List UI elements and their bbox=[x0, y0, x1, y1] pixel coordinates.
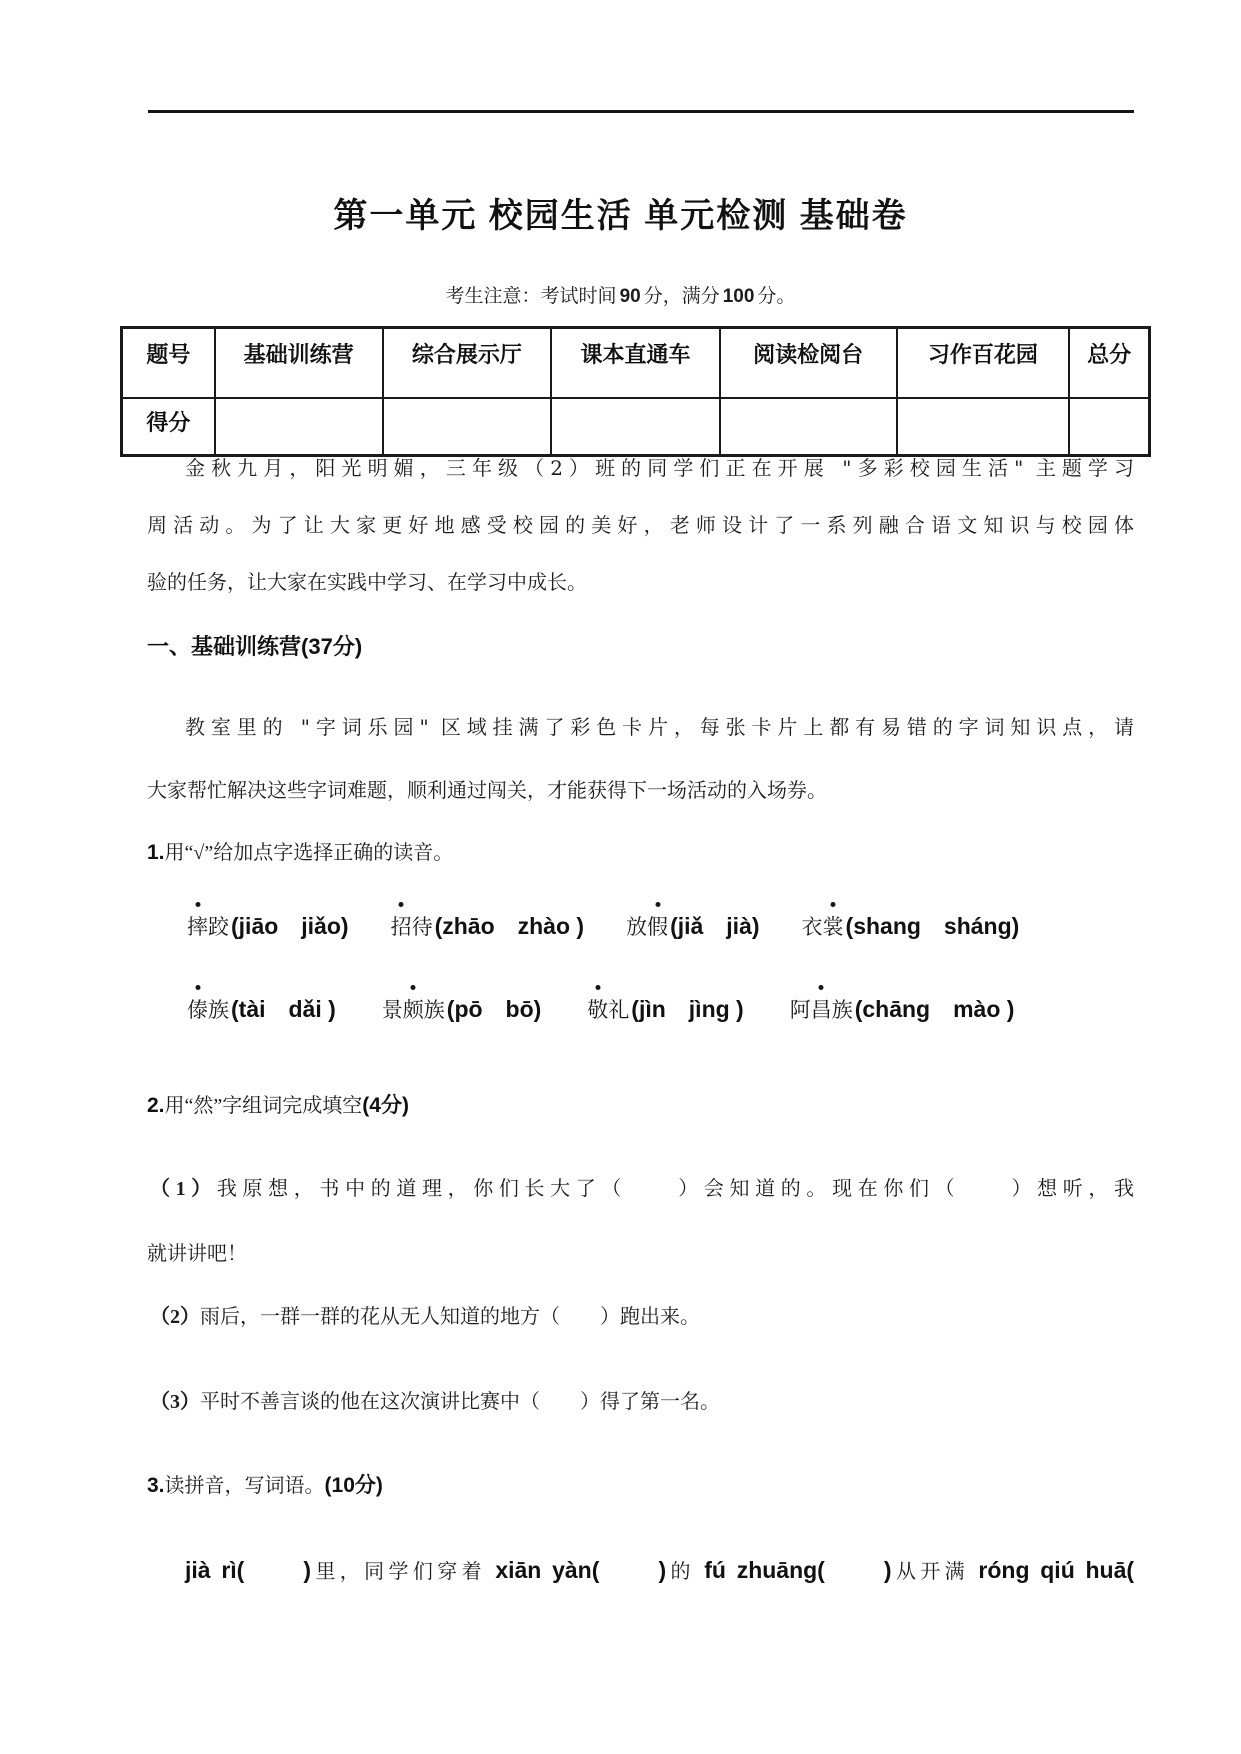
score-table-header-row: 题号 基础训练营 综合展示厅 课本直通车 阅读检阅台 习作百花园 总分 bbox=[122, 328, 1150, 399]
intro-line: 验的任务，让大家在实践中学习、在学习中成长。 bbox=[147, 569, 587, 596]
exam-duration: 90 bbox=[620, 286, 641, 307]
pinyin-item: 敬礼(jìn jìng ) bbox=[587, 991, 743, 1024]
question-3-text: 读拼音，写词语。 bbox=[165, 1475, 325, 1497]
notice-text: 分。 bbox=[757, 286, 795, 307]
word-char: 礼 bbox=[608, 994, 629, 1024]
pinyin-blank: xiān yàn( ) bbox=[495, 1557, 666, 1583]
question-3-score: (10分) bbox=[325, 1474, 383, 1497]
question-2-score: (4分) bbox=[362, 1094, 409, 1117]
pinyin-choices: (pō bō) bbox=[447, 996, 542, 1022]
word-char: 族 bbox=[832, 994, 853, 1024]
word-char: 跤 bbox=[208, 911, 229, 941]
score-table: 题号 基础训练营 综合展示厅 课本直通车 阅读检阅台 习作百花园 总分 得分 bbox=[120, 326, 1151, 457]
dotted-char: 裳 bbox=[823, 911, 844, 941]
sub-question-2: （2）雨后，一群一群的花从无人知道的地方（ ）跑出来。 bbox=[150, 1304, 700, 1331]
score-table-score-row: 得分 bbox=[122, 398, 1150, 456]
pinyin-choice-row-1: 摔跤(jiāo jiǎo) 招待(zhāo zhào ) 放假(jiǎ jià)… bbox=[187, 908, 1019, 941]
sub-question-1-text: 我原想，书中的道理，你们长大了（ ）会知道的。现在你们（ ）想听，我 bbox=[217, 1178, 1134, 1200]
sub-question-2-text: 雨后，一群一群的花从无人知道的地方（ ）跑出来。 bbox=[200, 1306, 700, 1328]
section-1-heading: 一、基础训练营(37分) bbox=[147, 630, 362, 661]
pinyin-write-words-sentence: jià rì( )里，同学们穿着 xiān yàn( )的 fú zhuāng(… bbox=[185, 1552, 1134, 1585]
exam-paper-page: 第一单元 校园生活 单元检测 基础卷 考生注意：考试时间90分，满分100分。 … bbox=[0, 0, 1241, 1754]
question-2-number: 2. bbox=[147, 1094, 165, 1117]
score-cell-empty bbox=[720, 398, 897, 456]
pinyin-choices: (shang sháng) bbox=[846, 913, 1020, 939]
sub-question-3-number: （3） bbox=[150, 1391, 200, 1413]
pinyin-blank: jià rì( ) bbox=[185, 1557, 311, 1583]
pinyin-item: 傣族(tài dǎi ) bbox=[187, 991, 336, 1024]
pinyin-choices: (jìn jìng ) bbox=[631, 996, 743, 1022]
word-char: 族 bbox=[208, 994, 229, 1024]
dotted-char: 摔 bbox=[187, 911, 208, 941]
sentence-text: 里，同学们穿着 bbox=[311, 1561, 495, 1583]
pinyin-blank: fú zhuāng( ) bbox=[704, 1557, 891, 1583]
pinyin-item: 阿昌族(chāng mào ) bbox=[790, 991, 1015, 1024]
pinyin-blank: róng qiú huā( bbox=[978, 1557, 1134, 1583]
word-char: 待 bbox=[412, 911, 433, 941]
table-header-cell: 习作百花园 bbox=[897, 328, 1070, 399]
pinyin-item: 招待(zhāo zhào ) bbox=[391, 908, 585, 941]
question-1-number: 1. bbox=[147, 841, 165, 864]
section-1-intro-line: 大家帮忙解决这些字词难题，顺利通过闯关，才能获得下一场活动的入场券。 bbox=[147, 777, 827, 804]
dotted-char: 颇 bbox=[403, 994, 424, 1024]
sub-question-2-number: （2） bbox=[150, 1306, 200, 1328]
pinyin-item: 放假(jiǎ jià) bbox=[626, 908, 759, 941]
score-row-label: 得分 bbox=[122, 398, 215, 456]
pinyin-item: 摔跤(jiāo jiǎo) bbox=[187, 908, 349, 941]
score-cell-empty bbox=[1069, 398, 1149, 456]
table-header-cell: 综合展示厅 bbox=[383, 328, 552, 399]
dotted-char: 傣 bbox=[187, 994, 208, 1024]
table-header-cell: 课本直通车 bbox=[551, 328, 720, 399]
table-header-cell: 基础训练营 bbox=[215, 328, 383, 399]
section-1-score: (37分) bbox=[301, 634, 362, 659]
question-3-stem: 3.读拼音，写词语。(10分) bbox=[147, 1472, 383, 1500]
sub-question-1: （1）我原想，书中的道理，你们长大了（ ）会知道的。现在你们（ ）想听，我 bbox=[150, 1176, 1134, 1203]
pinyin-choices: (tài dǎi ) bbox=[231, 996, 336, 1022]
word-char: 阿 bbox=[790, 994, 811, 1024]
question-1-stem: 1.用“√”给加点字选择正确的读音。 bbox=[147, 839, 453, 867]
page-title: 第一单元 校园生活 单元检测 基础卷 bbox=[0, 188, 1241, 237]
table-header-cell: 阅读检阅台 bbox=[720, 328, 897, 399]
word-char: 放 bbox=[626, 911, 647, 941]
notice-text: 分，满分 bbox=[644, 286, 720, 307]
dotted-char: 招 bbox=[391, 911, 412, 941]
full-score: 100 bbox=[723, 286, 755, 307]
score-cell-empty bbox=[551, 398, 720, 456]
exam-notice: 考生注意：考试时间90分，满分100分。 bbox=[0, 281, 1241, 308]
pinyin-choices: (jiǎ jià) bbox=[670, 913, 759, 939]
pinyin-choices: (chāng mào ) bbox=[855, 996, 1015, 1022]
intro-line: 金秋九月，阳光明媚，三年级（2）班的同学们正在开展 "多彩校园生活" 主题学习 bbox=[185, 455, 1134, 482]
word-char: 衣 bbox=[802, 911, 823, 941]
table-header-cell: 总分 bbox=[1069, 328, 1149, 399]
dotted-char: 昌 bbox=[811, 994, 832, 1024]
pinyin-item: 衣裳(shang sháng) bbox=[802, 908, 1020, 941]
table-header-cell: 题号 bbox=[122, 328, 215, 399]
word-char: 景 bbox=[382, 994, 403, 1024]
header-rule bbox=[148, 110, 1134, 113]
dotted-char: 敬 bbox=[587, 994, 608, 1024]
question-1-text: 用“√”给加点字选择正确的读音。 bbox=[165, 842, 454, 864]
score-cell-empty bbox=[215, 398, 383, 456]
section-1-label: 一、基础训练营 bbox=[147, 634, 301, 659]
word-char: 族 bbox=[424, 994, 445, 1024]
pinyin-choices: (zhāo zhào ) bbox=[435, 913, 585, 939]
notice-text: 考生注意：考试时间 bbox=[446, 286, 617, 307]
sub-question-1-continued: 就讲讲吧！ bbox=[147, 1241, 247, 1268]
dotted-char: 假 bbox=[647, 911, 668, 941]
question-3-number: 3. bbox=[147, 1474, 165, 1497]
pinyin-choice-row-2: 傣族(tài dǎi ) 景颇族(pō bō) 敬礼(jìn jìng ) 阿昌… bbox=[187, 991, 1014, 1024]
score-cell-empty bbox=[897, 398, 1070, 456]
question-2-text: 用“然”字组词完成填空 bbox=[165, 1095, 363, 1117]
intro-line: 周活动。为了让大家更好地感受校园的美好，老师设计了一系列融合语文知识与校园体 bbox=[147, 512, 1134, 539]
sub-question-3-text: 平时不善言谈的他在这次演讲比赛中（ ）得了第一名。 bbox=[200, 1391, 720, 1413]
sentence-text: 从开满 bbox=[892, 1561, 979, 1583]
sub-question-1-number: （1） bbox=[150, 1178, 217, 1200]
pinyin-item: 景颇族(pō bō) bbox=[382, 991, 542, 1024]
sentence-text: 的 bbox=[666, 1561, 704, 1583]
question-2-stem: 2.用“然”字组词完成填空(4分) bbox=[147, 1092, 409, 1120]
score-cell-empty bbox=[383, 398, 552, 456]
pinyin-choices: (jiāo jiǎo) bbox=[231, 913, 349, 939]
sub-question-3: （3）平时不善言谈的他在这次演讲比赛中（ ）得了第一名。 bbox=[150, 1389, 720, 1416]
section-1-intro-line: 教室里的 "字词乐园" 区域挂满了彩色卡片，每张卡片上都有易错的字词知识点，请 bbox=[185, 714, 1134, 741]
